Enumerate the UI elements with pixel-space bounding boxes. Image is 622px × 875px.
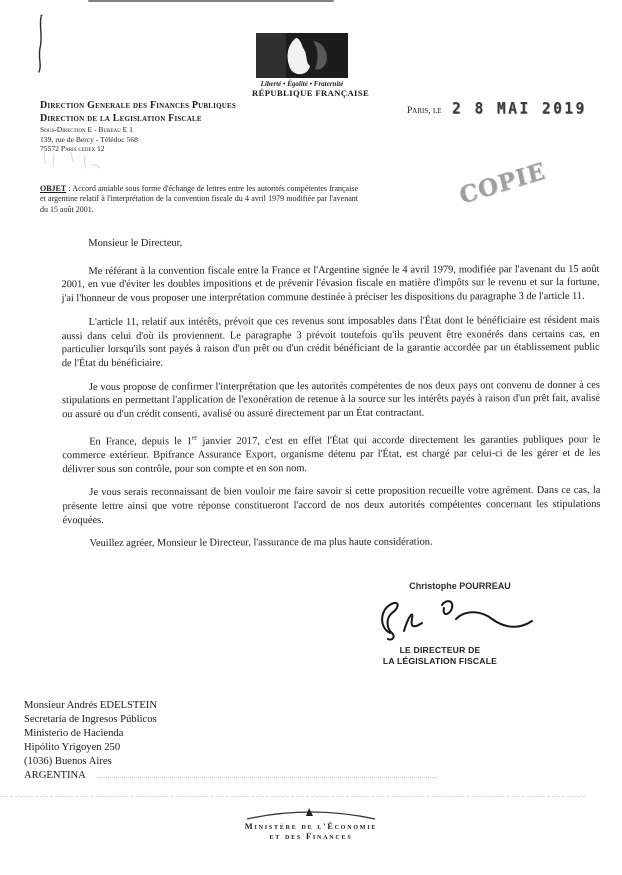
recipient-line: Monsieur Andrés EDELSTEIN <box>24 699 157 713</box>
paragraph-4: En France, depuis le 1er janvier 2017, c… <box>62 430 600 477</box>
scanned-letter-page: Liberté • Égalité • Fraternité RÉPUBLIQU… <box>0 0 622 875</box>
paragraph-5: Je vous serais reconnaissant de bien vou… <box>62 484 600 527</box>
signatory-name: Christophe POURREAU <box>360 581 560 591</box>
republic-name: RÉPUBLIQUE FRANÇAISE <box>252 88 352 98</box>
dateline-place-label: Paris, le <box>407 106 442 116</box>
copy-stamp: COPIE <box>457 157 548 209</box>
sender-org-line1: Direction Generale des Finances Publique… <box>40 100 236 113</box>
objet-subject-block: OBJET : Accord amiable sous forme d'écha… <box>40 184 358 215</box>
recipient-line: ARGENTINA <box>24 769 157 783</box>
scan-artifact-line <box>88 0 334 2</box>
sender-sub-line1: Sous-Direction E - Bureau E 1 <box>40 125 236 134</box>
ministry-footer: Ministère de l'Économie et des Finances <box>211 805 411 842</box>
paragraph-2: L'article 11, relatif aux intérêts, prév… <box>62 314 600 371</box>
handwritten-signature <box>368 593 538 645</box>
ministry-name-line1: Ministère de l'Économie <box>211 822 411 832</box>
letter-body: Monsieur le Directeur, Me référant à la … <box>61 235 600 561</box>
paragraph-3: Je vous propose de confirmer l'interprét… <box>62 378 600 421</box>
recipient-line: Ministerio de Hacienda <box>24 727 157 741</box>
pen-squiggle-mark <box>33 14 49 76</box>
scan-artifact-dashed-line <box>0 796 585 797</box>
date-stamp: 2 8 MAI 2019 <box>452 100 587 118</box>
signatory-title-line1: LE DIRECTEUR DE <box>350 645 530 656</box>
marianne-logo-icon <box>256 33 348 78</box>
pencil-annotation-marks <box>40 146 110 176</box>
objet-text: Accord amiable sous forme d'échange de l… <box>40 184 358 214</box>
paragraph-1: Me référant à la convention fiscale entr… <box>61 263 599 306</box>
recipient-line: Secretaría de Ingresos Públicos <box>24 713 157 727</box>
ministry-name-line2: et des Finances <box>211 832 411 842</box>
recipient-address-block: Monsieur Andrés EDELSTEIN Secretaría de … <box>24 699 157 782</box>
sender-org-line2: Direction de la Legislation Fiscale <box>40 113 236 126</box>
republique-francaise-emblem: Liberté • Égalité • Fraternité RÉPUBLIQU… <box>252 33 352 98</box>
paragraph-6-closing: Veuillez agréer, Monsieur le Directeur, … <box>63 535 601 551</box>
salutation: Monsieur le Directeur, <box>61 235 599 251</box>
signatory-title: LE DIRECTEUR DE LA LÉGISLATION FISCALE <box>350 645 530 666</box>
objet-label: OBJET <box>40 184 66 193</box>
recipient-line: (1036) Buenos Aires <box>24 755 157 769</box>
signatory-title-line2: LA LÉGISLATION FISCALE <box>350 656 530 667</box>
republic-motto: Liberté • Égalité • Fraternité <box>252 80 352 88</box>
scan-artifact-dotted-line <box>97 777 437 778</box>
sender-sub-line2: 139, rue de Bercy - Télédoc 568 <box>40 135 236 144</box>
recipient-line: Hipólito Yrigoyen 250 <box>24 741 157 755</box>
ministry-arc-icon <box>241 805 381 821</box>
paragraph-4-pre: En France, depuis le 1 <box>89 436 192 447</box>
